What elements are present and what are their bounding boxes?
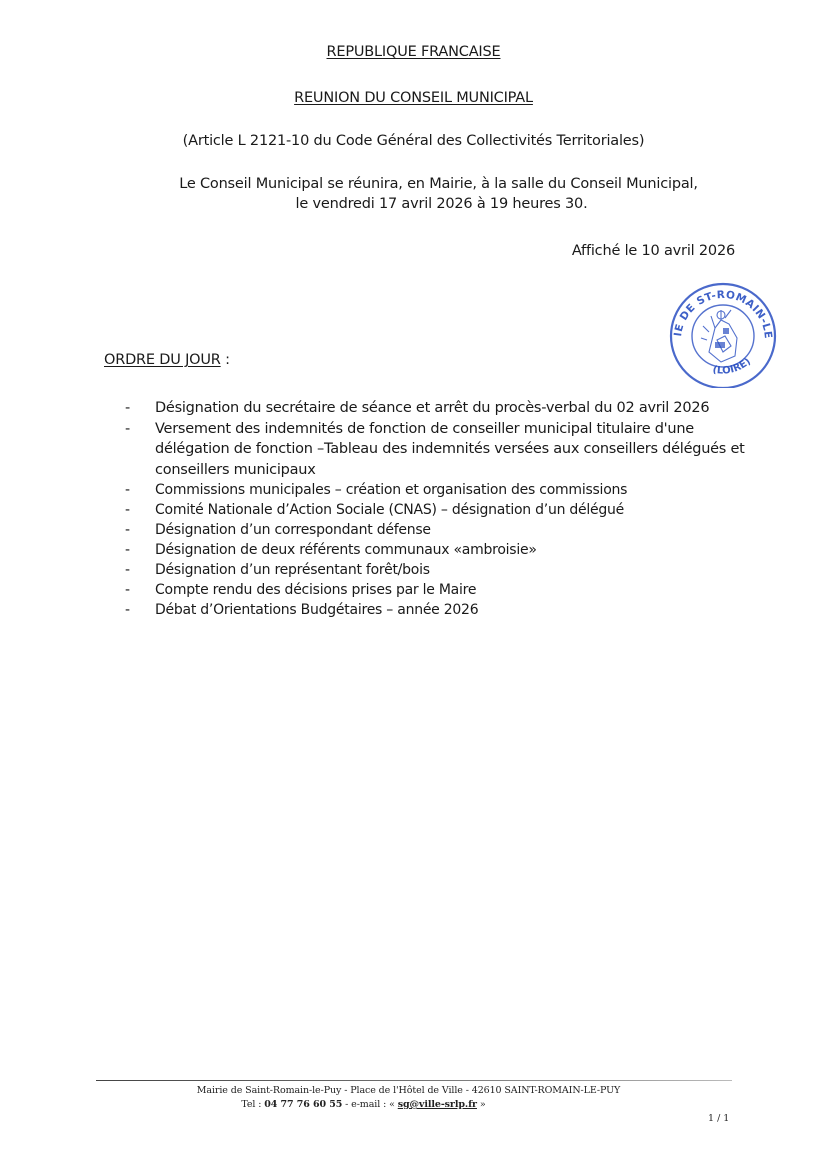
agenda-heading-text: ORDRE DU JOUR <box>104 352 221 368</box>
agenda-item: -Commissions municipales – création et o… <box>115 480 765 500</box>
official-seal-icon: MAIRIE DE ST-ROMAIN-LE-PUY (LOIRE) <box>663 280 783 388</box>
tel-label: Tel : <box>241 1099 264 1110</box>
agenda-list: -Désignation du secrétaire de séance et … <box>115 398 765 620</box>
agenda-heading-colon: : <box>221 352 230 368</box>
agenda-item-text: Débat d’Orientations Budgétaires – année… <box>155 602 478 618</box>
footer-contact: Tel : 04 77 76 60 55 - e-mail : « sg@vil… <box>0 1099 777 1110</box>
bullet-dash: - <box>125 480 135 500</box>
agenda-item-text: Comité Nationale d’Action Sociale (CNAS)… <box>155 502 624 518</box>
email-link[interactable]: sg@ville-srlp.fr <box>398 1099 477 1110</box>
document-page: REPUBLIQUE FRANCAISE REUNION DU CONSEIL … <box>0 0 827 1169</box>
agenda-item-text: Désignation de deux référents communaux … <box>155 542 537 558</box>
agenda-item-text: Compte rendu des décisions prises par le… <box>155 582 476 598</box>
footer-divider <box>96 1080 732 1081</box>
convocation-line-2: le vendredi 17 avril 2026 à 19 heures 30… <box>28 196 827 212</box>
bullet-dash: - <box>125 419 135 440</box>
agenda-item-text: Désignation d’un correspondant défense <box>155 522 431 538</box>
bullet-dash: - <box>125 500 135 520</box>
bullet-dash: - <box>125 398 135 419</box>
posted-date: Affiché le 10 avril 2026 <box>572 243 735 259</box>
agenda-item-text: Versement des indemnités de fonction de … <box>155 421 745 478</box>
agenda-heading: ORDRE DU JOUR : <box>104 352 230 368</box>
agenda-item: -Désignation de deux référents communaux… <box>115 540 765 560</box>
agenda-item-text: Désignation d’un représentant forêt/bois <box>155 562 430 578</box>
agenda-item: -Compte rendu des décisions prises par l… <box>115 580 765 600</box>
agenda-item: -Versement des indemnités de fonction de… <box>115 419 765 481</box>
legal-reference: (Article L 2121-10 du Code Général des C… <box>0 133 827 149</box>
email-label: - e-mail : « <box>342 1099 398 1110</box>
bullet-dash: - <box>125 580 135 600</box>
meeting-title: REUNION DU CONSEIL MUNICIPAL <box>0 90 827 106</box>
agenda-item: -Comité Nationale d’Action Sociale (CNAS… <box>115 500 765 520</box>
agenda-item-text: Commissions municipales – création et or… <box>155 482 627 498</box>
agenda-item: -Désignation du secrétaire de séance et … <box>115 398 765 419</box>
country-heading: REPUBLIQUE FRANCAISE <box>0 44 827 60</box>
agenda-item: -Désignation d’un correspondant défense <box>115 520 765 540</box>
agenda-item-text: Désignation du secrétaire de séance et a… <box>155 400 709 416</box>
bullet-dash: - <box>125 600 135 620</box>
bullet-dash: - <box>125 560 135 580</box>
phone-number: 04 77 76 60 55 <box>264 1099 342 1110</box>
agenda-item: -Désignation d’un représentant forêt/boi… <box>115 560 765 580</box>
agenda-item: -Débat d’Orientations Budgétaires – anné… <box>115 600 765 620</box>
footer-address: Mairie de Saint-Romain-le-Puy - Place de… <box>0 1085 822 1096</box>
svg-text:MAIRIE DE ST-ROMAIN-LE-PUY: MAIRIE DE ST-ROMAIN-LE-PUY <box>663 280 774 339</box>
page-number: 1 / 1 <box>708 1113 729 1124</box>
bullet-dash: - <box>125 540 135 560</box>
bullet-dash: - <box>125 520 135 540</box>
convocation-line-1: Le Conseil Municipal se réunira, en Mair… <box>25 176 827 192</box>
email-suffix: » <box>477 1099 486 1110</box>
